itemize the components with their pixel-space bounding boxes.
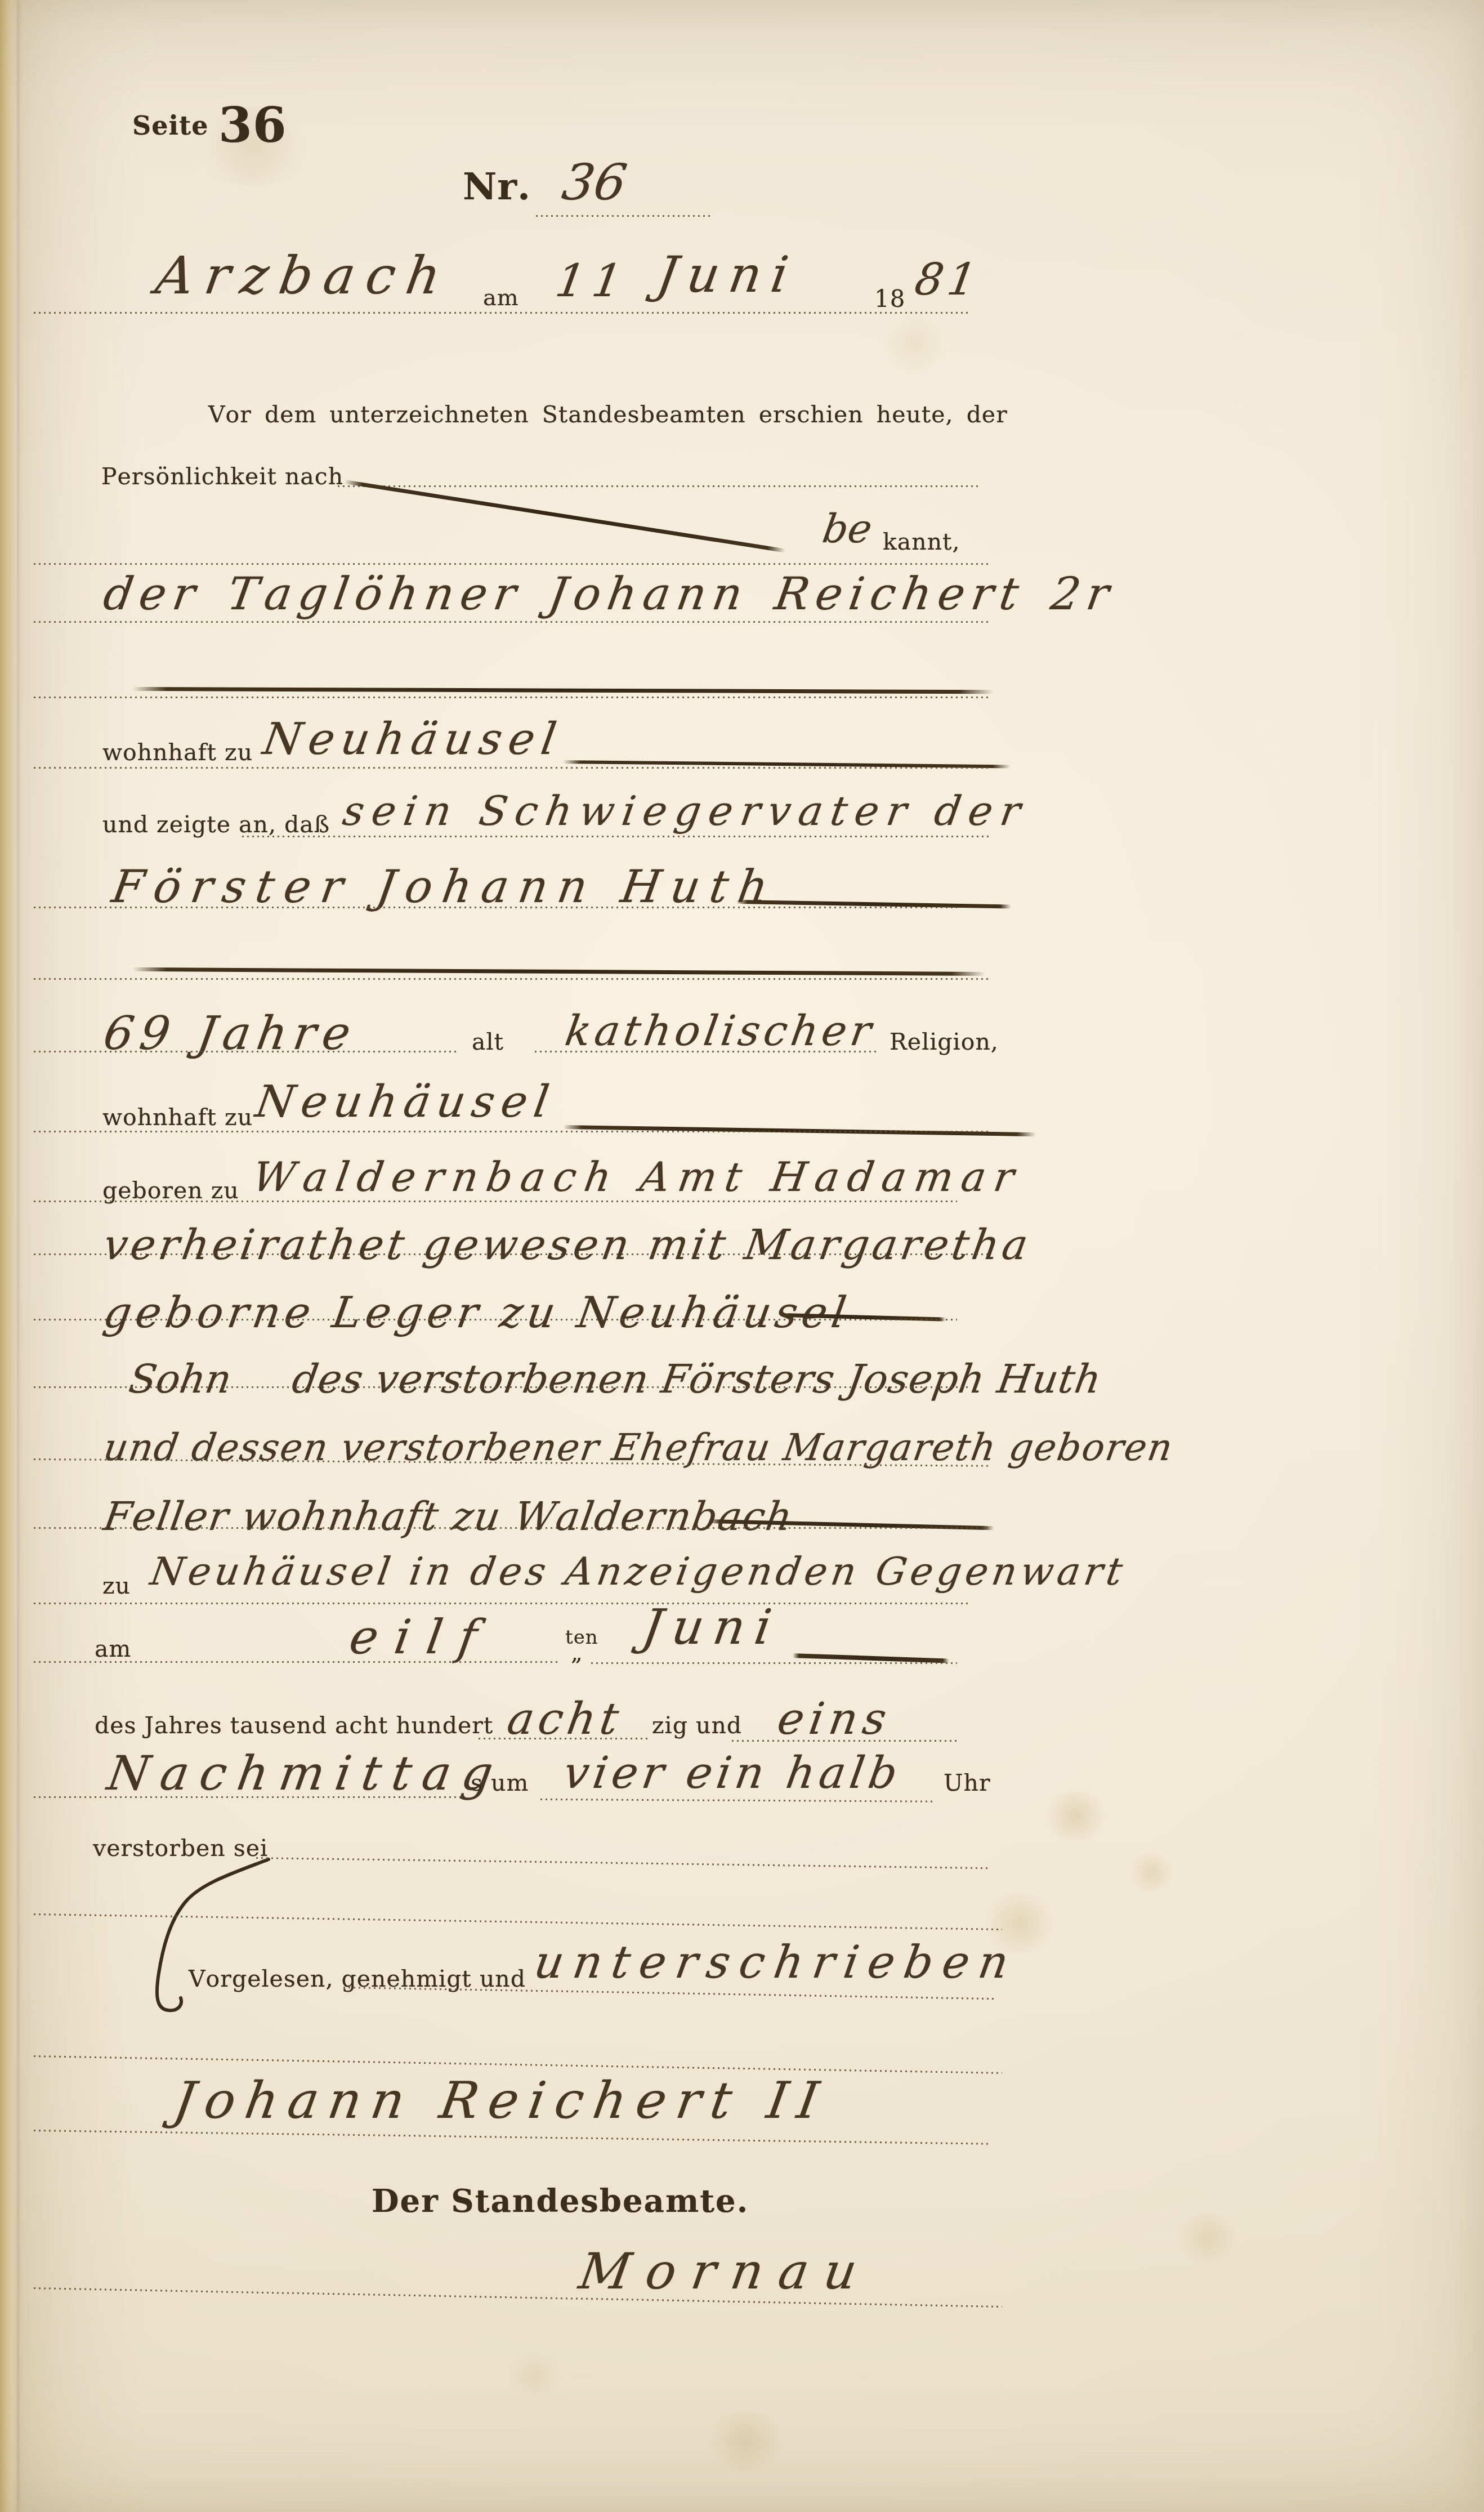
paper-stain xyxy=(1042,1791,1109,1841)
date-am-label: am xyxy=(483,285,519,311)
paper-stain xyxy=(1177,2213,1239,2264)
deathtime-uhr-label: Uhr xyxy=(944,1769,991,1796)
page-number-value: 36 xyxy=(218,97,287,154)
report-entry: sein Schwiegervater der xyxy=(343,787,1028,835)
deathtime-s-um-label: s um xyxy=(471,1769,529,1796)
dotted-rule xyxy=(732,1740,957,1742)
ink-cancel-stroke xyxy=(344,480,785,552)
page-number-label: Seite xyxy=(132,110,208,141)
death-register-page: Seite 36 Nr. 36 Arzbach am 11 Juni 18 81… xyxy=(0,0,1484,2512)
dotted-rule xyxy=(34,312,971,314)
paper-stain xyxy=(878,315,951,372)
dotted-rule xyxy=(34,1386,968,1388)
ink-blank-stroke xyxy=(132,967,985,976)
deathtime-entry: vier ein halb xyxy=(564,1748,901,1799)
deathmonth-entry: Juni xyxy=(643,1599,781,1656)
parents-entry-line1: des verstorbenen Försters Joseph Huth xyxy=(293,1356,1101,1402)
ink-blank-stroke xyxy=(132,687,994,694)
report-clause: und zeigte an, daß xyxy=(102,811,330,838)
date-day-entry: 11 xyxy=(556,255,629,307)
paper-stain xyxy=(507,2354,563,2399)
dotted-rule xyxy=(34,907,957,908)
dotted-rule xyxy=(34,621,991,623)
birthplace-label: geboren zu xyxy=(102,1177,239,1204)
parents-entry-line3: Feller wohnhaft zu Waldernbach xyxy=(104,1493,793,1540)
dotted-rule xyxy=(34,563,991,565)
registry-place-entry: Arzbach xyxy=(157,246,451,306)
dotted-rule xyxy=(256,1857,991,1869)
deathyear-tens-entry: acht xyxy=(508,1694,623,1744)
dotted-rule xyxy=(34,1051,456,1052)
date-century-label: 18 xyxy=(874,285,905,313)
birthplace-entry: Waldernbach Amt Hadamar xyxy=(253,1153,1022,1201)
intro-clause: Vor dem unterzeichneten Standesbeamten e… xyxy=(208,401,1008,428)
date-year-entry: 81 xyxy=(915,255,980,305)
parents-entry-sohn: Sohn xyxy=(129,1356,231,1402)
deathday-entry: eilf xyxy=(350,1609,494,1665)
dotted-rule xyxy=(34,697,991,698)
religion-entry: katholischer xyxy=(566,1007,875,1055)
attestation-entry: unterschrieben xyxy=(535,1936,1017,1988)
dotted-rule xyxy=(34,1796,462,1798)
residence1-label: wohnhaft zu xyxy=(102,739,253,766)
dotted-rule xyxy=(536,215,710,217)
dotted-rule xyxy=(34,1253,991,1255)
informant-entry: der Taglöhner Johann Reichert 2r xyxy=(104,568,1115,620)
identity-written-fragment: be xyxy=(823,506,871,552)
dotted-rule xyxy=(34,1201,957,1202)
dotted-rule xyxy=(242,836,991,837)
dotted-rule xyxy=(338,485,980,487)
dotted-rule xyxy=(34,2130,991,2145)
deathplace-label: zu xyxy=(102,1572,131,1599)
marital-entry-line1: verheirathet gewesen mit Margaretha xyxy=(104,1221,1031,1269)
paper-stain xyxy=(704,2410,788,2472)
dotted-rule xyxy=(34,1131,991,1132)
dotted-rule xyxy=(34,1319,957,1320)
deathday-ditto-mark: „ xyxy=(571,1640,583,1666)
deathyear-zig-und-label: zig und xyxy=(652,1712,742,1739)
page-gutter-edge xyxy=(0,0,17,2512)
deathday-am-label: am xyxy=(95,1635,131,1662)
paper-stain xyxy=(1126,1853,1177,1892)
identity-suffix: kannt, xyxy=(883,528,960,555)
dotted-rule xyxy=(34,1661,557,1663)
identity-clause: Persönlichkeit nach xyxy=(101,463,343,490)
informant-signature: Johann Reichert II xyxy=(175,2071,828,2130)
dotted-rule xyxy=(34,1603,968,1604)
dotted-rule xyxy=(535,1051,878,1052)
residence1-entry: Neuhäusel xyxy=(263,714,562,765)
dotted-rule xyxy=(540,1799,935,1802)
record-number-label: Nr. xyxy=(463,164,531,208)
dotted-rule xyxy=(343,1987,996,2000)
deathplace-entry: Neuhäusel in des Anzeigenden Gegenwart xyxy=(151,1550,1126,1594)
dotted-rule xyxy=(479,1738,647,1739)
religion-label: Religion, xyxy=(889,1028,999,1055)
deceased-entry: Förster Johann Huth xyxy=(113,860,777,913)
date-month-entry: Juni xyxy=(658,246,798,304)
registrar-signature: Mornau xyxy=(580,2242,872,2300)
dotted-rule xyxy=(34,767,991,769)
dotted-rule xyxy=(34,1527,991,1529)
record-number-value: 36 xyxy=(563,153,626,211)
dotted-rule xyxy=(591,1662,957,1664)
deathtime-period-entry: Nachmittag xyxy=(108,1746,504,1801)
dotted-rule xyxy=(34,978,991,980)
registrar-title: Der Standesbeamte. xyxy=(372,2183,749,2220)
deathyear-ones-entry: eins xyxy=(778,1694,891,1744)
residence2-entry: Neuhäusel xyxy=(256,1077,555,1127)
marital-entry-line2: geborne Leger zu Neuhäusel xyxy=(104,1287,850,1337)
ink-flourish-stroke xyxy=(127,1854,273,2023)
residence2-label: wohnhaft zu xyxy=(102,1104,253,1131)
age-label: alt xyxy=(472,1028,504,1055)
deathyear-clause: des Jahres tausend acht hundert xyxy=(95,1712,493,1739)
